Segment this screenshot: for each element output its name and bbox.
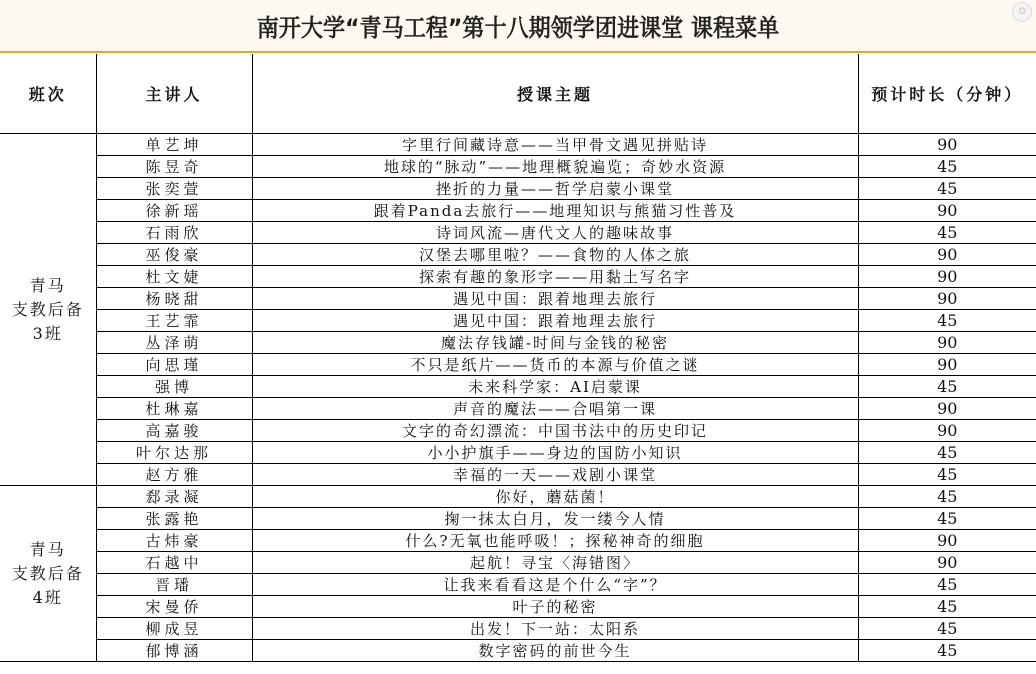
lecturer-cell: 宋曼侨 (96, 596, 252, 618)
table-row: 陈昱奇地球的“脉动”——地理概貌遍览；奇妙水资源45 (0, 156, 1036, 178)
topic-cell: 起航！寻宝〈海错图〉 (252, 552, 858, 574)
table-row: 青马支教后备3班单艺坤字里行间藏诗意——当甲骨文遇见拼贴诗90 (0, 134, 1036, 156)
lecturer-cell: 石雨欣 (96, 222, 252, 244)
duration-cell: 90 (858, 332, 1036, 354)
table-row: 石越中起航！寻宝〈海错图〉90 (0, 552, 1036, 574)
duration-cell: 90 (858, 288, 1036, 310)
topic-cell: 让我来看看这是个什么“字”？ (252, 574, 858, 596)
duration-cell: 45 (858, 222, 1036, 244)
lecturer-cell: 杜琳嘉 (96, 398, 252, 420)
table-row: 巫俊豪汉堡去哪里啦？——食物的人体之旅90 (0, 244, 1036, 266)
duration-cell: 45 (858, 442, 1036, 464)
topic-cell: 字里行间藏诗意——当甲骨文遇见拼贴诗 (252, 134, 858, 156)
duration-cell: 90 (858, 354, 1036, 376)
table-row: 杜琳嘉声音的魔法——合唱第一课90 (0, 398, 1036, 420)
table-row: 王艺霏遇见中国：跟着地理去旅行45 (0, 310, 1036, 332)
topic-cell: 汉堡去哪里啦？——食物的人体之旅 (252, 244, 858, 266)
duration-cell: 90 (858, 266, 1036, 288)
table-row: 向思瑾不只是纸片——货币的本源与价值之谜90 (0, 354, 1036, 376)
lecturer-cell: 王艺霏 (96, 310, 252, 332)
duration-cell: 45 (858, 156, 1036, 178)
table-row: 徐新瑶跟着Panda去旅行——地理知识与熊猫习性普及90 (0, 200, 1036, 222)
class-label-line: 支教后备 (0, 562, 96, 586)
topic-cell: 不只是纸片——货币的本源与价值之谜 (252, 354, 858, 376)
lecturer-cell: 杨晓甜 (96, 288, 252, 310)
lecturer-cell: 郄录凝 (96, 486, 252, 508)
table-row: 赵方雅幸福的一天——戏剧小课堂45 (0, 464, 1036, 486)
duration-cell: 90 (858, 200, 1036, 222)
duration-cell: 90 (858, 244, 1036, 266)
table-row: 青马支教后备4班郄录凝你好，蘑菇菌！45 (0, 486, 1036, 508)
duration-cell: 45 (858, 574, 1036, 596)
lecturer-cell: 张露艳 (96, 508, 252, 530)
topic-cell: 地球的“脉动”——地理概貌遍览；奇妙水资源 (252, 156, 858, 178)
course-menu-table: 班次 主讲人 授课主题 预计时长（分钟） 青马支教后备3班单艺坤字里行间藏诗意—… (0, 54, 1036, 662)
table-row: 古炜豪什么?无氧也能呼吸！；探秘神奇的细胞90 (0, 530, 1036, 552)
title-band: 南开大学“青马工程”第十八期领学团进课堂 课程菜单 (0, 0, 1036, 53)
lecturer-cell: 巫俊豪 (96, 244, 252, 266)
duration-cell: 90 (858, 530, 1036, 552)
duration-cell: 45 (858, 618, 1036, 640)
lecturer-cell: 强博 (96, 376, 252, 398)
lecturer-cell: 郁博涵 (96, 640, 252, 662)
topic-cell: 出发！下一站：太阳系 (252, 618, 858, 640)
duration-cell: 45 (858, 178, 1036, 200)
topic-cell: 什么?无氧也能呼吸！；探秘神奇的细胞 (252, 530, 858, 552)
class-label-line: 3班 (0, 322, 96, 346)
class-cell: 青马支教后备3班 (0, 134, 96, 486)
class-label-line: 青马 (0, 274, 96, 298)
lecturer-cell: 丛泽萌 (96, 332, 252, 354)
table-row: 柳成昱出发！下一站：太阳系45 (0, 618, 1036, 640)
table-row: 强博未来科学家：AI启蒙课45 (0, 376, 1036, 398)
table-row: 张露艳掬一抹太白月，发一缕今人情45 (0, 508, 1036, 530)
page-title: 南开大学“青马工程”第十八期领学团进课堂 课程菜单 (257, 8, 779, 43)
topic-cell: 数字密码的前世今生 (252, 640, 858, 662)
table-row: 张奕萱挫折的力量——哲学启蒙小课堂45 (0, 178, 1036, 200)
table-row: 高嘉骏文字的奇幻漂流：中国书法中的历史印记90 (0, 420, 1036, 442)
duration-cell: 90 (858, 134, 1036, 156)
topic-cell: 跟着Panda去旅行——地理知识与熊猫习性普及 (252, 200, 858, 222)
class-label-line: 青马 (0, 538, 96, 562)
topic-cell: 魔法存钱罐-时间与金钱的秘密 (252, 332, 858, 354)
table-row: 丛泽萌魔法存钱罐-时间与金钱的秘密90 (0, 332, 1036, 354)
duration-cell: 45 (858, 596, 1036, 618)
class-label-line: 支教后备 (0, 298, 96, 322)
table-row: 宋曼侨叶子的秘密45 (0, 596, 1036, 618)
table-row: 杨晓甜遇见中国：跟着地理去旅行90 (0, 288, 1036, 310)
topic-cell: 小小护旗手——身边的国防小知识 (252, 442, 858, 464)
lecturer-cell: 叶尔达那 (96, 442, 252, 464)
lecturer-cell: 石越中 (96, 552, 252, 574)
duration-cell: 45 (858, 486, 1036, 508)
duration-cell: 90 (858, 398, 1036, 420)
lecturer-cell: 晋璠 (96, 574, 252, 596)
watermark-icon: ☺ (1012, 2, 1032, 22)
lecturer-cell: 杜文婕 (96, 266, 252, 288)
duration-cell: 90 (858, 552, 1036, 574)
duration-cell: 45 (858, 640, 1036, 662)
topic-cell: 探索有趣的象形字——用黏土写名字 (252, 266, 858, 288)
lecturer-cell: 古炜豪 (96, 530, 252, 552)
duration-cell: 45 (858, 464, 1036, 486)
lecturer-cell: 向思瑾 (96, 354, 252, 376)
topic-cell: 幸福的一天——戏剧小课堂 (252, 464, 858, 486)
table-body: 青马支教后备3班单艺坤字里行间藏诗意——当甲骨文遇见拼贴诗90陈昱奇地球的“脉动… (0, 134, 1036, 662)
topic-cell: 你好，蘑菇菌！ (252, 486, 858, 508)
lecturer-cell: 高嘉骏 (96, 420, 252, 442)
topic-cell: 掬一抹太白月，发一缕今人情 (252, 508, 858, 530)
lecturer-cell: 陈昱奇 (96, 156, 252, 178)
header-topic: 授课主题 (252, 54, 858, 134)
lecturer-cell: 张奕萱 (96, 178, 252, 200)
topic-cell: 文字的奇幻漂流：中国书法中的历史印记 (252, 420, 858, 442)
duration-cell: 45 (858, 508, 1036, 530)
header-class: 班次 (0, 54, 96, 134)
lecturer-cell: 单艺坤 (96, 134, 252, 156)
lecturer-cell: 赵方雅 (96, 464, 252, 486)
lecturer-cell: 徐新瑶 (96, 200, 252, 222)
duration-cell: 90 (858, 420, 1036, 442)
class-label-line: 4班 (0, 586, 96, 610)
table-row: 石雨欣诗词风流—唐代文人的趣味故事45 (0, 222, 1036, 244)
table-row: 晋璠让我来看看这是个什么“字”？45 (0, 574, 1036, 596)
topic-cell: 声音的魔法——合唱第一课 (252, 398, 858, 420)
topic-cell: 遇见中国：跟着地理去旅行 (252, 310, 858, 332)
topic-cell: 叶子的秘密 (252, 596, 858, 618)
header-duration: 预计时长（分钟） (858, 54, 1036, 134)
topic-cell: 挫折的力量——哲学启蒙小课堂 (252, 178, 858, 200)
table-row: 杜文婕探索有趣的象形字——用黏土写名字90 (0, 266, 1036, 288)
topic-cell: 未来科学家：AI启蒙课 (252, 376, 858, 398)
duration-cell: 45 (858, 376, 1036, 398)
header-row: 班次 主讲人 授课主题 预计时长（分钟） (0, 54, 1036, 134)
topic-cell: 诗词风流—唐代文人的趣味故事 (252, 222, 858, 244)
table-row: 叶尔达那小小护旗手——身边的国防小知识45 (0, 442, 1036, 464)
topic-cell: 遇见中国：跟着地理去旅行 (252, 288, 858, 310)
class-cell: 青马支教后备4班 (0, 486, 96, 662)
lecturer-cell: 柳成昱 (96, 618, 252, 640)
header-lecturer: 主讲人 (96, 54, 252, 134)
duration-cell: 45 (858, 310, 1036, 332)
table-row: 郁博涵数字密码的前世今生45 (0, 640, 1036, 662)
